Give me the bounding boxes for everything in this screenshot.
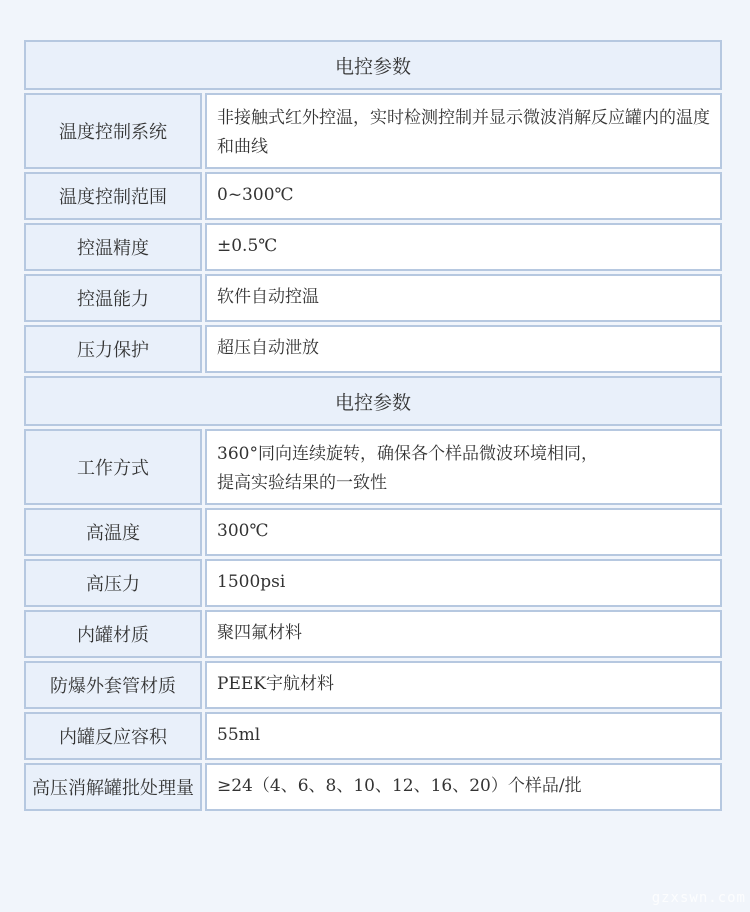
row-label: 防爆外套管材质	[24, 661, 202, 709]
row-value: PEEK宇航材料	[205, 661, 722, 709]
table-row: 内罐材质 聚四氟材料	[24, 610, 722, 658]
row-label: 高压消解罐批处理量	[24, 763, 202, 811]
table-row: 高压力 1500psi	[24, 559, 722, 607]
table-row: 工作方式 360°同向连续旋转，确保各个样品微波环境相同， 提高实验结果的一致性	[24, 429, 722, 505]
table-row: 压力保护 超压自动泄放	[24, 325, 722, 373]
section-header-electrical-1: 电控参数	[24, 40, 722, 90]
table-row: 控温能力 软件自动控温	[24, 274, 722, 322]
row-value: 300℃	[205, 508, 722, 556]
row-value: 非接触式红外控温，实时检测控制并显示微波消解反应罐内的温度和曲线	[205, 93, 722, 169]
section-header-electrical-2: 电控参数	[24, 376, 722, 426]
row-label: 控温能力	[24, 274, 202, 322]
row-value-line: 提高实验结果的一致性	[217, 469, 710, 498]
row-value: 0~300℃	[205, 172, 722, 220]
row-label: 工作方式	[24, 429, 202, 505]
table-row: 高压消解罐批处理量 ≥24（4、6、8、10、12、16、20）个样品/批	[24, 763, 722, 811]
row-value: 1500psi	[205, 559, 722, 607]
table-row: 防爆外套管材质 PEEK宇航材料	[24, 661, 722, 709]
row-value-line: 360°同向连续旋转，确保各个样品微波环境相同，	[217, 440, 710, 469]
row-value: 聚四氟材料	[205, 610, 722, 658]
row-label: 高压力	[24, 559, 202, 607]
row-value: 软件自动控温	[205, 274, 722, 322]
table-row: 控温精度 ±0.5℃	[24, 223, 722, 271]
row-value: 360°同向连续旋转，确保各个样品微波环境相同， 提高实验结果的一致性	[205, 429, 722, 505]
table-row: 内罐反应容积 55ml	[24, 712, 722, 760]
row-label: 温度控制系统	[24, 93, 202, 169]
spec-table: 电控参数 温度控制系统 非接触式红外控温，实时检测控制并显示微波消解反应罐内的温…	[24, 37, 722, 814]
row-value: ±0.5℃	[205, 223, 722, 271]
row-label: 内罐反应容积	[24, 712, 202, 760]
row-value: 55ml	[205, 712, 722, 760]
row-value: ≥24（4、6、8、10、12、16、20）个样品/批	[205, 763, 722, 811]
row-label: 压力保护	[24, 325, 202, 373]
table-row: 温度控制范围 0~300℃	[24, 172, 722, 220]
table-row: 高温度 300℃	[24, 508, 722, 556]
table-row: 温度控制系统 非接触式红外控温，实时检测控制并显示微波消解反应罐内的温度和曲线	[24, 93, 722, 169]
row-label: 控温精度	[24, 223, 202, 271]
watermark: gzxswn.com	[652, 890, 746, 906]
row-label: 内罐材质	[24, 610, 202, 658]
section-title: 电控参数	[24, 376, 722, 426]
section-title: 电控参数	[24, 40, 722, 90]
row-value: 超压自动泄放	[205, 325, 722, 373]
row-label: 温度控制范围	[24, 172, 202, 220]
row-label: 高温度	[24, 508, 202, 556]
